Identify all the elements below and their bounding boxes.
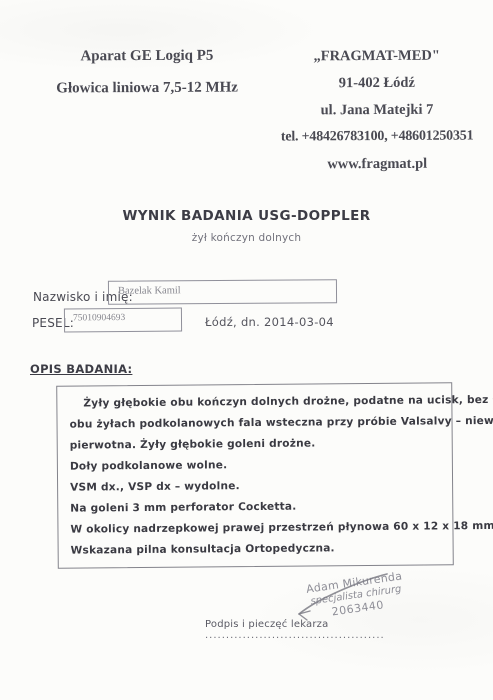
name-field: Bazelak Kamil — [108, 279, 337, 305]
report-text-line: W okolicy nadrzepkowej prawej przestrzeń… — [70, 516, 440, 540]
report-text-line: obu żyłach podkolanowych fala wsteczna p… — [69, 411, 439, 435]
report-title: WYNIK BADANIA USG-DOPPLER — [0, 208, 493, 224]
signature-dotted-line: ........................................… — [205, 630, 385, 641]
report-text-line: Wskazana pilna konsultacja Ortopedyczna. — [71, 537, 441, 561]
clinic-website: www.fragmat.pl — [263, 155, 491, 172]
clinic-name: „FRAGMAT-MED" — [263, 47, 491, 64]
report-subtitle: żył kończyn dolnych — [0, 232, 493, 244]
description-section-label: OPIS BADANIA: — [30, 362, 132, 376]
device-name: Aparat GE Logiq P5 — [28, 47, 266, 65]
clinic-postcode-city: 91-402 Łódź — [263, 74, 491, 91]
clinic-phones: tel. +48426783100, +48601250351 — [263, 128, 491, 145]
doctor-stamp: Adam Mikurenda specjalista chirurg 20634… — [291, 567, 421, 623]
device-info: Aparat GE Logiq P5 Głowica liniowa 7,5-1… — [28, 47, 266, 97]
clinic-street: ul. Jana Matejki 7 — [263, 101, 491, 118]
signature-caption-text: Podpis i pieczęć lekarza — [205, 619, 328, 630]
report-title-block: WYNIK BADANIA USG-DOPPLER żył kończyn do… — [0, 208, 493, 244]
signature-caption: Podpis i pieczęć lekarza ...............… — [205, 619, 493, 641]
place-and-date: Łódź, dn. 2014-03-04 — [205, 315, 334, 329]
clinic-info: „FRAGMAT-MED" 91-402 Łódź ul. Jana Matej… — [263, 47, 492, 183]
pesel-field: 75010904693 — [64, 307, 182, 332]
scanned-medical-report: Aparat GE Logiq P5 Głowica liniowa 7,5-1… — [0, 0, 493, 700]
probe-info: Głowica liniowa 7,5-12 MHz — [28, 79, 266, 97]
examination-description-box: Żyły głębokie obu kończyn dolnych drożne… — [56, 382, 454, 568]
